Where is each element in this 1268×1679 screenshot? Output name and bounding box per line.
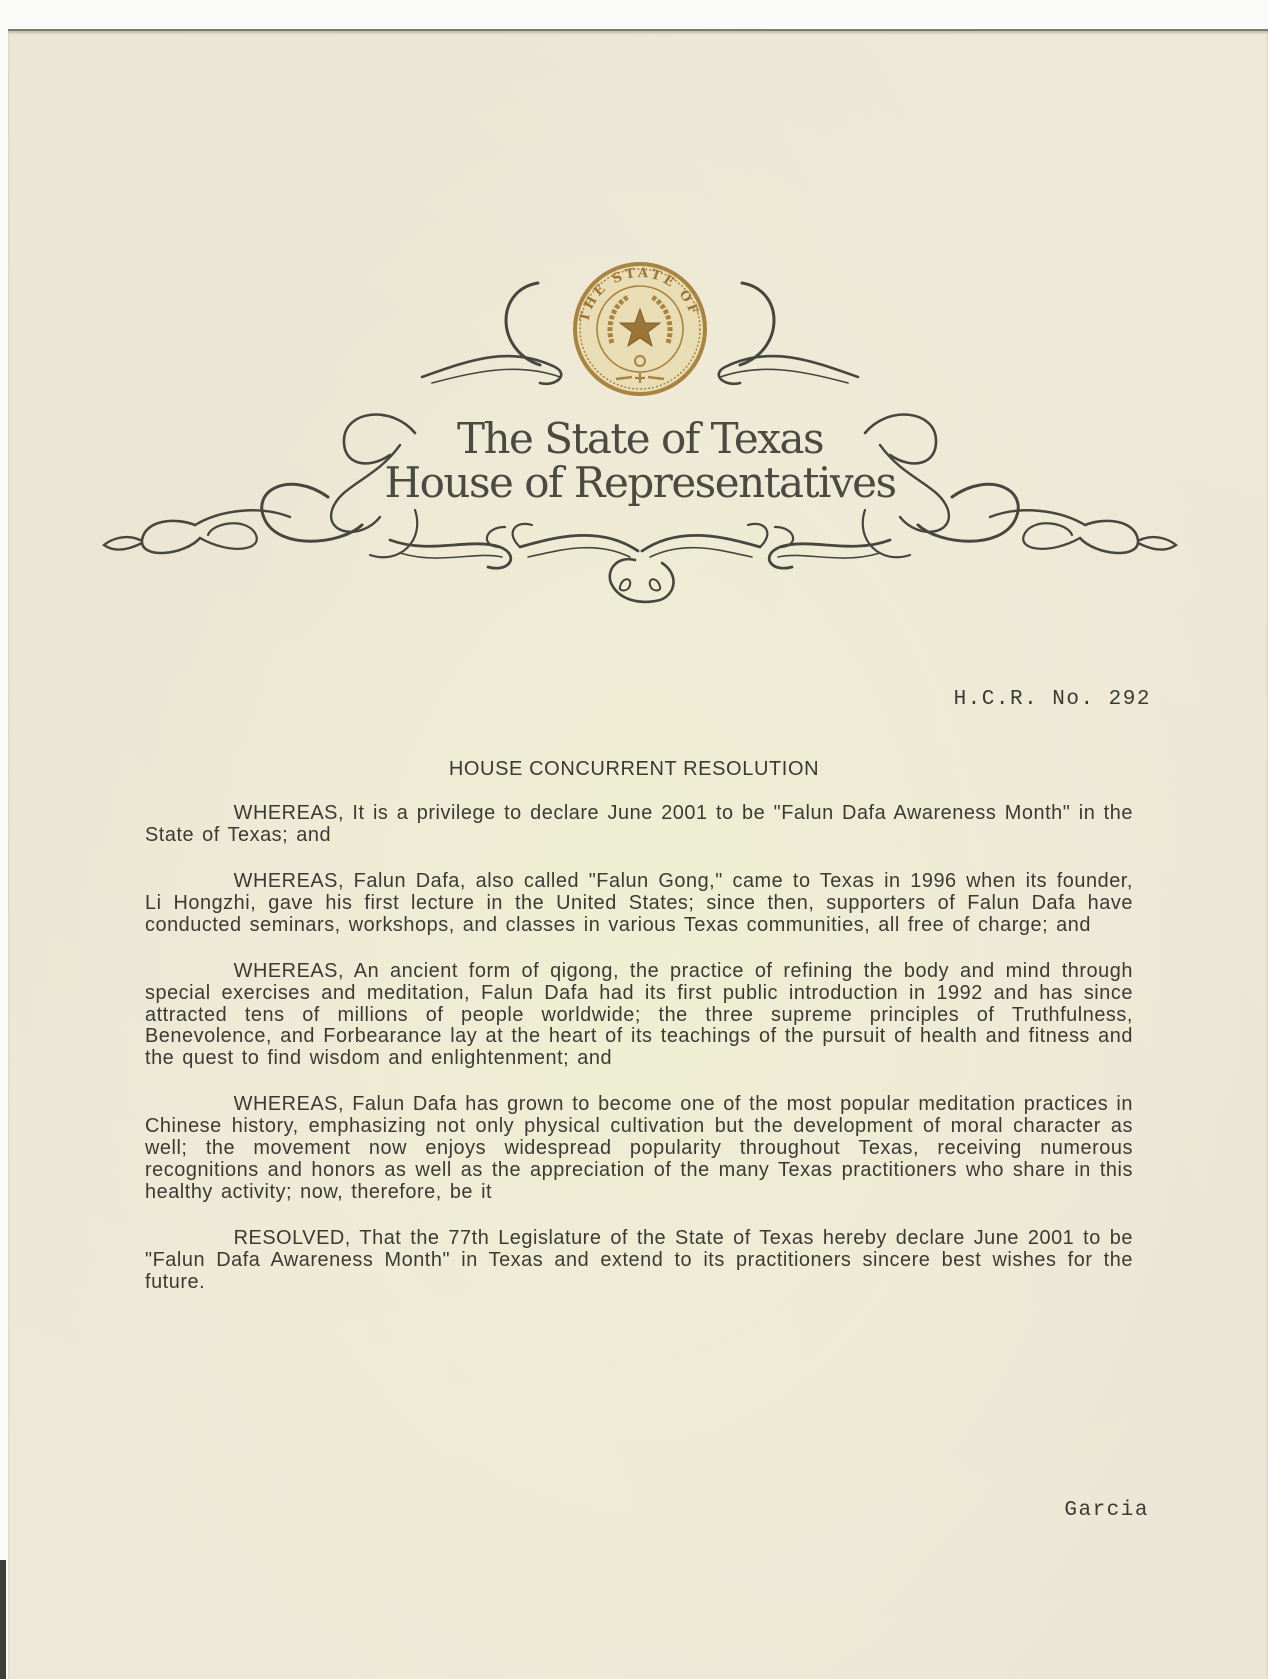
whereas-clause-2: WHEREAS, Falun Dafa, also called "Falun … (145, 871, 1133, 936)
state-seal-icon: THE STATE OF TEXAS (572, 261, 708, 397)
author-signature: Garcia (1064, 1500, 1149, 1522)
whereas-clause-4: WHEREAS, Falun Dafa has grown to become … (145, 1094, 1133, 1203)
whereas-clause-1: WHEREAS, It is a privilege to declare Ju… (145, 803, 1133, 847)
resolution-heading: HOUSE CONCURRENT RESOLUTION (0, 758, 1268, 781)
whereas-clause-3: WHEREAS, An ancient form of qigong, the … (145, 961, 1133, 1070)
letterhead-title-house: House of Representatives (100, 459, 1180, 507)
bill-number: H.C.R. No. 292 (954, 689, 1151, 711)
scanned-page: THE STATE OF TEXAS The State of Texas Ho… (0, 0, 1268, 1679)
letterhead: THE STATE OF TEXAS The State of Texas Ho… (100, 255, 1180, 635)
scanner-edge (0, 1560, 6, 1679)
letterhead-title-state: The State of Texas (100, 415, 1180, 463)
resolved-clause: RESOLVED, That the 77th Legislature of t… (145, 1228, 1133, 1293)
resolution-body: WHEREAS, It is a privilege to declare Ju… (145, 803, 1148, 1318)
